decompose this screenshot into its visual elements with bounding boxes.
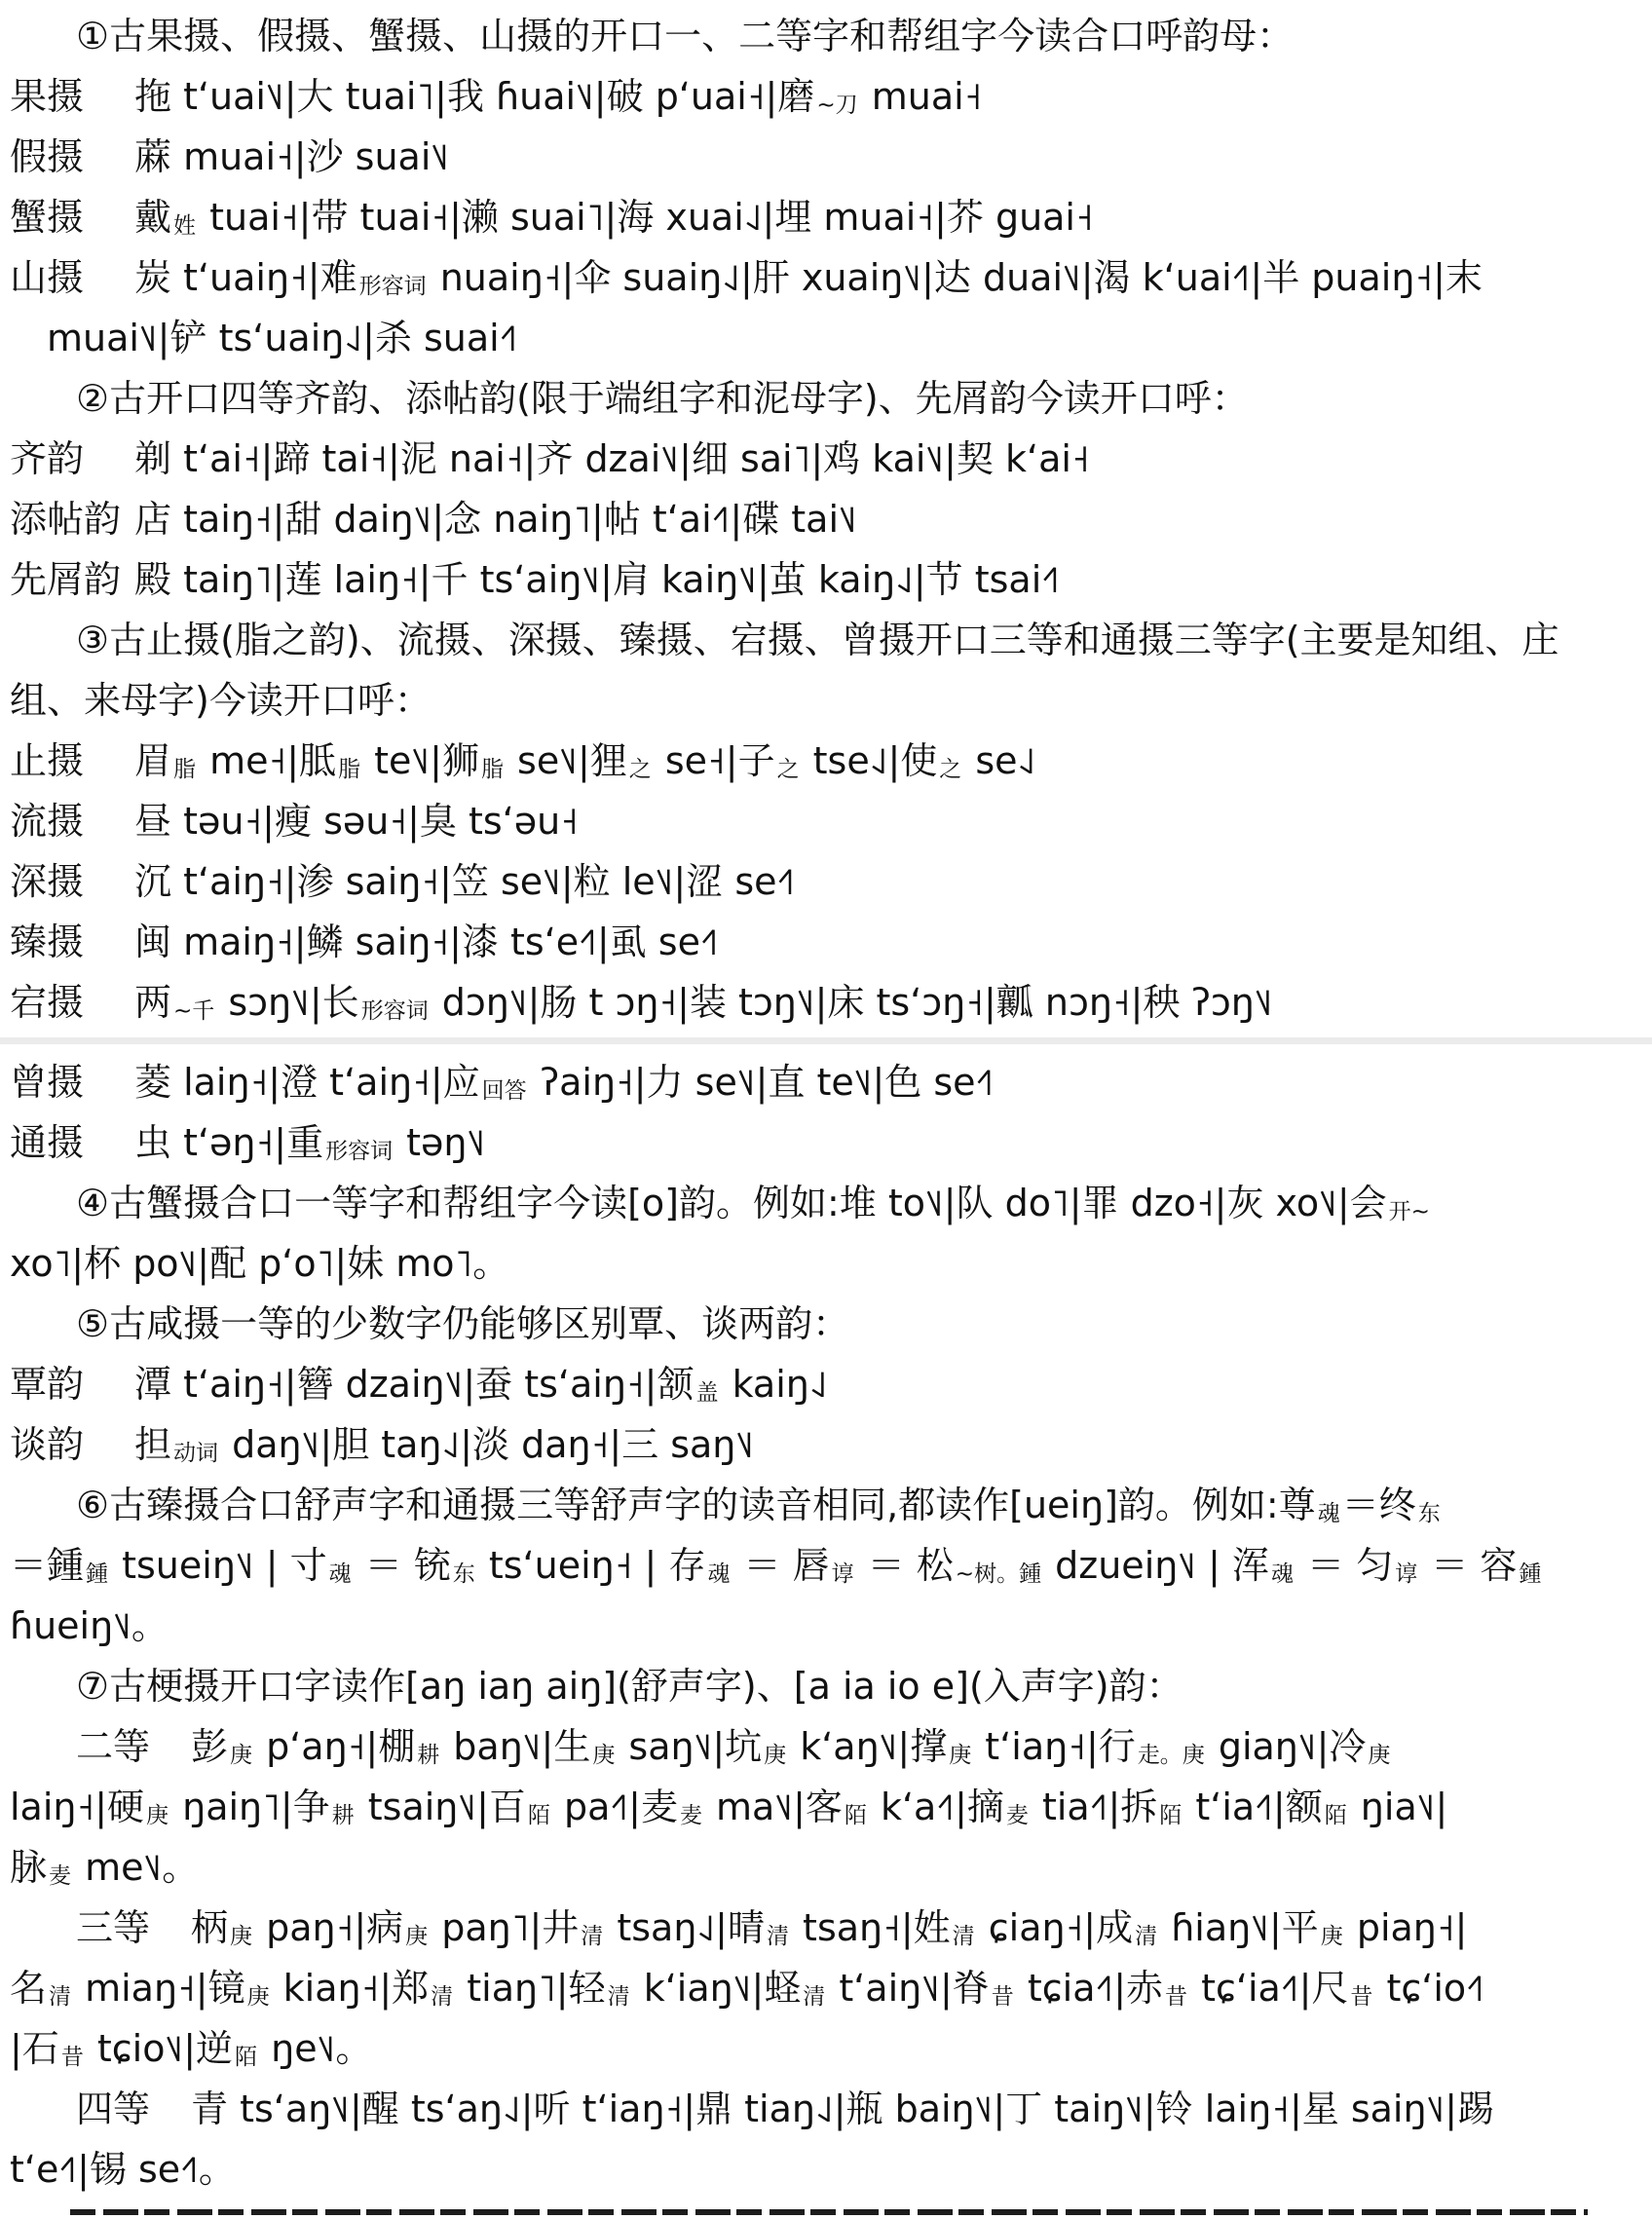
small-annotation: ~树。鍾 <box>956 1561 1041 1587</box>
small-annotation: 清 <box>581 1924 603 1949</box>
category-label: 山摄 <box>10 247 134 308</box>
small-annotation: 动词 <box>173 1441 218 1466</box>
small-annotation: 魂 <box>1271 1561 1294 1587</box>
small-annotation: 回答 <box>482 1078 527 1104</box>
heading-text: ③古止摄(脂之韵)、流摄、深摄、臻摄、宕摄、曾摄开口三等和通摄三等字(主要是知组… <box>76 619 1559 661</box>
category-label: 深摄 <box>10 851 134 912</box>
entry-line: 覃韵潭 t‘aiŋ˧|簪 dzaiŋ˥˩|蚕 ts‘aiŋ˧|颔盖 kaiŋ˨˩ <box>10 1354 1652 1414</box>
line-text: ＝鍾鍾 tsueiŋ˥˩ | 寸魂 ＝ 铳东 ts‘ueiŋ˧ | 存魂 ＝ 唇… <box>10 1544 1543 1587</box>
line-text: 沉 t‘aiŋ˧|渗 saiŋ˧|笠 se˥˩|粒 le˥˩|涩 se˧˥ <box>134 860 795 903</box>
document-page: ①古果摄、假摄、蟹摄、山摄的开口一、二等字和帮组字今读合口呼韵母：果摄拖 t‘u… <box>0 0 1652 2219</box>
small-annotation: 东 <box>453 1561 475 1587</box>
heading-text: ②古开口四等齐韵、添帖韵(限于端组字和泥母字)、先屑韵今读开口呼： <box>76 377 1249 420</box>
small-annotation: 庚 <box>764 1743 786 1768</box>
small-annotation: 耕 <box>417 1743 439 1768</box>
small-annotation: 清 <box>608 1984 630 2010</box>
small-annotation: 庚 <box>405 1924 428 1949</box>
line-text: 剃 t‘ai˧|蹄 tai˧|泥 nai˧|齐 dzai˥˩|细 sai˥|鸡 … <box>134 437 1090 480</box>
line-text: 脉麦 me˥˩。 <box>10 1846 199 1889</box>
category-label: 四等 <box>76 2079 191 2139</box>
line-text: 眉脂 me˧|胝脂 te˥˩|狮脂 se˥˩|狸之 se˧|子之 tse˨˩|使… <box>134 739 1035 782</box>
entry-line: 曾摄菱 laiŋ˧|澄 t‘aiŋ˧|应回答 ʔaiŋ˧|力 se˥˩|直 te… <box>10 1052 1652 1112</box>
small-annotation: 鍾 <box>86 1561 108 1587</box>
line-text: 戴姓 tuai˧|带 tuai˧|濑 suai˥|海 xuai˨˩|埋 muai… <box>134 196 1094 239</box>
small-annotation: 清 <box>767 1924 789 1949</box>
entry-line: 先屑韵殿 taiŋ˥|莲 laiŋ˧|千 ts‘aiŋ˥˩|肩 kaiŋ˥˩|茧… <box>10 549 1652 610</box>
category-label: 覃韵 <box>10 1354 134 1414</box>
line-text: 彭庚 p‘aŋ˧|棚耕 baŋ˥˩|生庚 saŋ˥˩|坑庚 k‘aŋ˥˩|撑庚 … <box>191 1725 1392 1768</box>
line-text: muai˥˩|铲 ts‘uaiŋ˨˩|杀 suai˧˥ <box>47 317 517 359</box>
small-annotation: 魂 <box>1318 1501 1340 1526</box>
line-text: 店 taiŋ˧|甜 daiŋ˥˩|念 naiŋ˥|帖 t‘ai˧˥|碟 tai˥… <box>134 498 857 541</box>
section-heading: ①古果摄、假摄、蟹摄、山摄的开口一、二等字和帮组字今读合口呼韵母： <box>10 6 1652 66</box>
category-label: 果摄 <box>10 66 134 127</box>
continuation-line: 脉麦 me˥˩。 <box>10 1837 1652 1898</box>
heading-text: ⑥古臻摄合口舒声字和通摄三等舒声字的读音相同,都读作[ueiŋ]韵。例如:尊魂＝… <box>76 1484 1443 1526</box>
small-annotation: 昔 <box>61 2045 84 2070</box>
small-annotation: 清 <box>953 1924 975 1949</box>
line-text: laiŋ˧|硬庚 ŋaiŋ˥|争耕 tsaiŋ˥˩|百陌 pa˧˥|麦麦 ma˥… <box>10 1786 1447 1828</box>
line-text: 虫 t‘əŋ˧|重形容词 təŋ˥˩ <box>134 1121 485 1164</box>
entry-line: 流摄昼 təu˧|瘦 səu˧|臭 ts‘əu˧ <box>10 791 1652 851</box>
small-annotation: 魂 <box>707 1561 730 1587</box>
small-annotation: 昔 <box>1350 1984 1372 2010</box>
small-annotation: 之 <box>777 757 800 782</box>
line-text: 两~千 sɔŋ˥˩|长形容词 dɔŋ˥˩|肠 t ɔŋ˧|装 tɔŋ˥˩|床 t… <box>134 981 1273 1024</box>
small-annotation: 谆 <box>1395 1561 1417 1587</box>
small-annotation: 陌 <box>845 1803 867 1828</box>
heading-text: ④古蟹摄合口一等字和帮组字今读[o]韵。例如:堆 to˥˩|队 do˥|罪 dz… <box>76 1182 1432 1224</box>
section-heading: ④古蟹摄合口一等字和帮组字今读[o]韵。例如:堆 to˥˩|队 do˥|罪 dz… <box>10 1173 1652 1233</box>
section-heading: ⑥古臻摄合口舒声字和通摄三等舒声字的读音相同,都读作[ueiŋ]韵。例如:尊魂＝… <box>10 1475 1652 1535</box>
line-text: 闽 maiŋ˧|鳞 saiŋ˧|漆 ts‘e˧˥|虱 se˧˥ <box>134 921 719 963</box>
entry-line: 通摄虫 t‘əŋ˧|重形容词 təŋ˥˩ <box>10 1112 1652 1173</box>
small-annotation: 姓 <box>173 213 196 239</box>
small-annotation: 开~ <box>1389 1199 1430 1224</box>
small-annotation: 麦 <box>49 1863 71 1889</box>
small-annotation: 陌 <box>235 2045 257 2070</box>
small-annotation: 昔 <box>992 1984 1014 2010</box>
entry-line: 假摄蔴 muai˧|沙 suai˥˩ <box>10 127 1652 187</box>
line-text: 组、来母字)今读开口呼： <box>10 679 432 722</box>
small-annotation: 清 <box>431 1984 453 2010</box>
line-text: 名清 miaŋ˧|镜庚 kiaŋ˧|郑清 tiaŋ˥|轻清 k‘iaŋ˥˩|蛏清… <box>10 1967 1484 2010</box>
small-annotation: 庚 <box>146 1803 169 1828</box>
small-annotation: 麦 <box>1006 1803 1029 1828</box>
continuation-line: muai˥˩|铲 ts‘uaiŋ˨˩|杀 suai˧˥ <box>10 308 1652 368</box>
small-annotation: 清 <box>1135 1924 1157 1949</box>
document-body: ①古果摄、假摄、蟹摄、山摄的开口一、二等字和帮组字今读合口呼韵母：果摄拖 t‘u… <box>10 6 1652 2200</box>
entry-line: 臻摄闽 maiŋ˧|鳞 saiŋ˧|漆 ts‘e˧˥|虱 se˧˥ <box>10 912 1652 972</box>
line-text: 蔴 muai˧|沙 suai˥˩ <box>134 135 449 178</box>
heading-text: ⑤古咸摄一等的少数字仍能够区别覃、谈两韵： <box>76 1302 849 1345</box>
category-label: 通摄 <box>10 1112 134 1173</box>
line-text: 炭 t‘uaiŋ˧|难形容词 nuaiŋ˧|伞 suaiŋ˨˩|肝 xuaiŋ˥… <box>134 256 1483 299</box>
small-annotation: 谆 <box>832 1561 854 1587</box>
small-annotation: 庚 <box>230 1743 252 1768</box>
line-text: 柄庚 paŋ˧|病庚 paŋ˥|井清 tsaŋ˨˩|晴清 tsaŋ˧|姓清 ɕi… <box>191 1906 1467 1949</box>
small-annotation: 耕 <box>332 1803 355 1828</box>
category-label: 宕摄 <box>10 972 134 1033</box>
section-heading: ⑤古咸摄一等的少数字仍能够区别覃、谈两韵： <box>10 1294 1652 1354</box>
heading-text: ①古果摄、假摄、蟹摄、山摄的开口一、二等字和帮组字今读合口呼韵母： <box>76 15 1294 57</box>
small-annotation: 陌 <box>1325 1803 1347 1828</box>
category-label: 添帖韵 <box>10 489 134 549</box>
small-annotation: 庚 <box>230 1924 252 1949</box>
line-text: ɦueiŋ˥˩。 <box>10 1604 169 1647</box>
small-annotation: 形容词 <box>325 1139 393 1164</box>
small-annotation: 昔 <box>1165 1984 1187 2010</box>
small-annotation: 盖 <box>695 1380 718 1406</box>
cropped-next-line-top-edge <box>70 2209 1588 2215</box>
small-annotation: 庚 <box>1321 1924 1343 1949</box>
entry-line: 止摄眉脂 me˧|胝脂 te˥˩|狮脂 se˥˩|狸之 se˧|子之 tse˨˩… <box>10 731 1652 791</box>
category-label: 二等 <box>76 1716 191 1777</box>
entry-line: 二等彭庚 p‘aŋ˧|棚耕 baŋ˥˩|生庚 saŋ˥˩|坑庚 k‘aŋ˥˩|撑… <box>10 1716 1652 1777</box>
heading-text: ⑦古梗摄开口字读作[aŋ iaŋ aiŋ](舒声字)、[a ia io e](入… <box>76 1665 1183 1708</box>
small-annotation: 脂 <box>481 757 504 782</box>
section-heading: ③古止摄(脂之韵)、流摄、深摄、臻摄、宕摄、曾摄开口三等和通摄三等字(主要是知组… <box>10 610 1652 670</box>
small-annotation: 庚 <box>592 1743 615 1768</box>
continuation-line: 组、来母字)今读开口呼： <box>10 670 1652 731</box>
category-label: 臻摄 <box>10 912 134 972</box>
continuation-line: t‘e˧˥|锡 se˧˥。 <box>10 2139 1652 2200</box>
small-annotation: 庚 <box>949 1743 971 1768</box>
line-text: 殿 taiŋ˥|莲 laiŋ˧|千 ts‘aiŋ˥˩|肩 kaiŋ˥˩|茧 ka… <box>134 558 1060 601</box>
category-label: 先屑韵 <box>10 549 134 610</box>
line-text: 担动词 daŋ˥˩|胆 taŋ˨˩|淡 daŋ˧|三 saŋ˥˩ <box>134 1423 754 1466</box>
small-annotation: 脂 <box>173 757 196 782</box>
entry-line: 三等柄庚 paŋ˧|病庚 paŋ˥|井清 tsaŋ˨˩|晴清 tsaŋ˧|姓清 … <box>10 1898 1652 1958</box>
entry-line: 添帖韵店 taiŋ˧|甜 daiŋ˥˩|念 naiŋ˥|帖 t‘ai˧˥|碟 t… <box>10 489 1652 549</box>
line-text: t‘e˧˥|锡 se˧˥。 <box>10 2148 236 2191</box>
small-annotation: 陌 <box>1159 1803 1182 1828</box>
small-annotation: 走。庚 <box>1138 1743 1205 1768</box>
small-annotation: 之 <box>939 757 961 782</box>
category-label: 流摄 <box>10 791 134 851</box>
category-label: 止摄 <box>10 731 134 791</box>
line-text: 昼 təu˧|瘦 səu˧|臭 ts‘əu˧ <box>134 800 579 843</box>
category-label: 曾摄 <box>10 1052 134 1112</box>
line-text: xo˥|杯 po˥˩|配 p‘o˥|妹 mo˥。 <box>10 1242 509 1285</box>
small-annotation: 形容词 <box>361 998 429 1024</box>
entry-line: 谈韵担动词 daŋ˥˩|胆 taŋ˨˩|淡 daŋ˧|三 saŋ˥˩ <box>10 1414 1652 1475</box>
entry-line: 宕摄两~千 sɔŋ˥˩|长形容词 dɔŋ˥˩|肠 t ɔŋ˧|装 tɔŋ˥˩|床… <box>10 972 1652 1033</box>
entry-line: 果摄拖 t‘uai˥˩|大 tuai˥|我 ɦuai˥˩|破 p‘uai˧|磨~… <box>10 66 1652 127</box>
small-annotation: 清 <box>803 1984 825 2010</box>
small-annotation: 麦 <box>680 1803 702 1828</box>
small-annotation: 形容词 <box>359 274 427 299</box>
small-annotation: 之 <box>629 757 652 782</box>
continuation-line: xo˥|杯 po˥˩|配 p‘o˥|妹 mo˥。 <box>10 1233 1652 1294</box>
small-annotation: 鍾 <box>1519 1561 1541 1587</box>
entry-line: 山摄炭 t‘uaiŋ˧|难形容词 nuaiŋ˧|伞 suaiŋ˨˩|肝 xuai… <box>10 247 1652 308</box>
small-annotation: 庚 <box>1368 1743 1390 1768</box>
entry-line: 蟹摄戴姓 tuai˧|带 tuai˧|濑 suai˥|海 xuai˨˩|埋 mu… <box>10 187 1652 247</box>
continuation-line: laiŋ˧|硬庚 ŋaiŋ˥|争耕 tsaiŋ˥˩|百陌 pa˧˥|麦麦 ma˥… <box>10 1777 1652 1837</box>
continuation-line: |石昔 tɕio˥˩|逆陌 ŋe˥˩。 <box>10 2018 1652 2079</box>
section-heading: ②古开口四等齐韵、添帖韵(限于端组字和泥母字)、先屑韵今读开口呼： <box>10 368 1652 429</box>
small-annotation: 魂 <box>329 1561 352 1587</box>
continuation-line: ＝鍾鍾 tsueiŋ˥˩ | 寸魂 ＝ 铳东 ts‘ueiŋ˧ | 存魂 ＝ 唇… <box>10 1535 1652 1596</box>
category-label: 假摄 <box>10 127 134 187</box>
small-annotation: 东 <box>1418 1501 1441 1526</box>
category-label: 蟹摄 <box>10 187 134 247</box>
small-annotation: 清 <box>49 1984 71 2010</box>
line-text: |石昔 tɕio˥˩|逆陌 ŋe˥˩。 <box>10 2027 372 2070</box>
small-annotation: ~刀 <box>816 93 857 118</box>
continuation-line: 名清 miaŋ˧|镜庚 kiaŋ˧|郑清 tiaŋ˥|轻清 k‘iaŋ˥˩|蛏清… <box>10 1958 1652 2018</box>
category-label: 三等 <box>76 1898 191 1958</box>
small-annotation: ~千 <box>173 998 214 1024</box>
small-annotation: 庚 <box>247 1984 270 2010</box>
entry-line: 齐韵剃 t‘ai˧|蹄 tai˧|泥 nai˧|齐 dzai˥˩|细 sai˥|… <box>10 429 1652 489</box>
continuation-line: ɦueiŋ˥˩。 <box>10 1596 1652 1656</box>
category-label: 谈韵 <box>10 1414 134 1475</box>
entry-line: 深摄沉 t‘aiŋ˧|渗 saiŋ˧|笠 se˥˩|粒 le˥˩|涩 se˧˥ <box>10 851 1652 912</box>
section-heading: ⑦古梗摄开口字读作[aŋ iaŋ aiŋ](舒声字)、[a ia io e](入… <box>10 1656 1652 1716</box>
entry-line: 四等青 ts‘aŋ˥˩|醒 ts‘aŋ˨˩|听 t‘iaŋ˧|鼎 tiaŋ˨˩|… <box>10 2079 1652 2139</box>
line-text: 菱 laiŋ˧|澄 t‘aiŋ˧|应回答 ʔaiŋ˧|力 se˥˩|直 te˥˩… <box>134 1061 994 1104</box>
small-annotation: 陌 <box>528 1803 550 1828</box>
line-text: 青 ts‘aŋ˥˩|醒 ts‘aŋ˨˩|听 t‘iaŋ˧|鼎 tiaŋ˨˩|瓶 … <box>191 2087 1494 2130</box>
line-text: 拖 t‘uai˥˩|大 tuai˥|我 ɦuai˥˩|破 p‘uai˧|磨~刀 … <box>134 75 982 118</box>
category-label: 齐韵 <box>10 429 134 489</box>
small-annotation: 脂 <box>338 757 360 782</box>
line-text: 潭 t‘aiŋ˧|簪 dzaiŋ˥˩|蚕 ts‘aiŋ˧|颔盖 kaiŋ˨˩ <box>134 1363 828 1406</box>
